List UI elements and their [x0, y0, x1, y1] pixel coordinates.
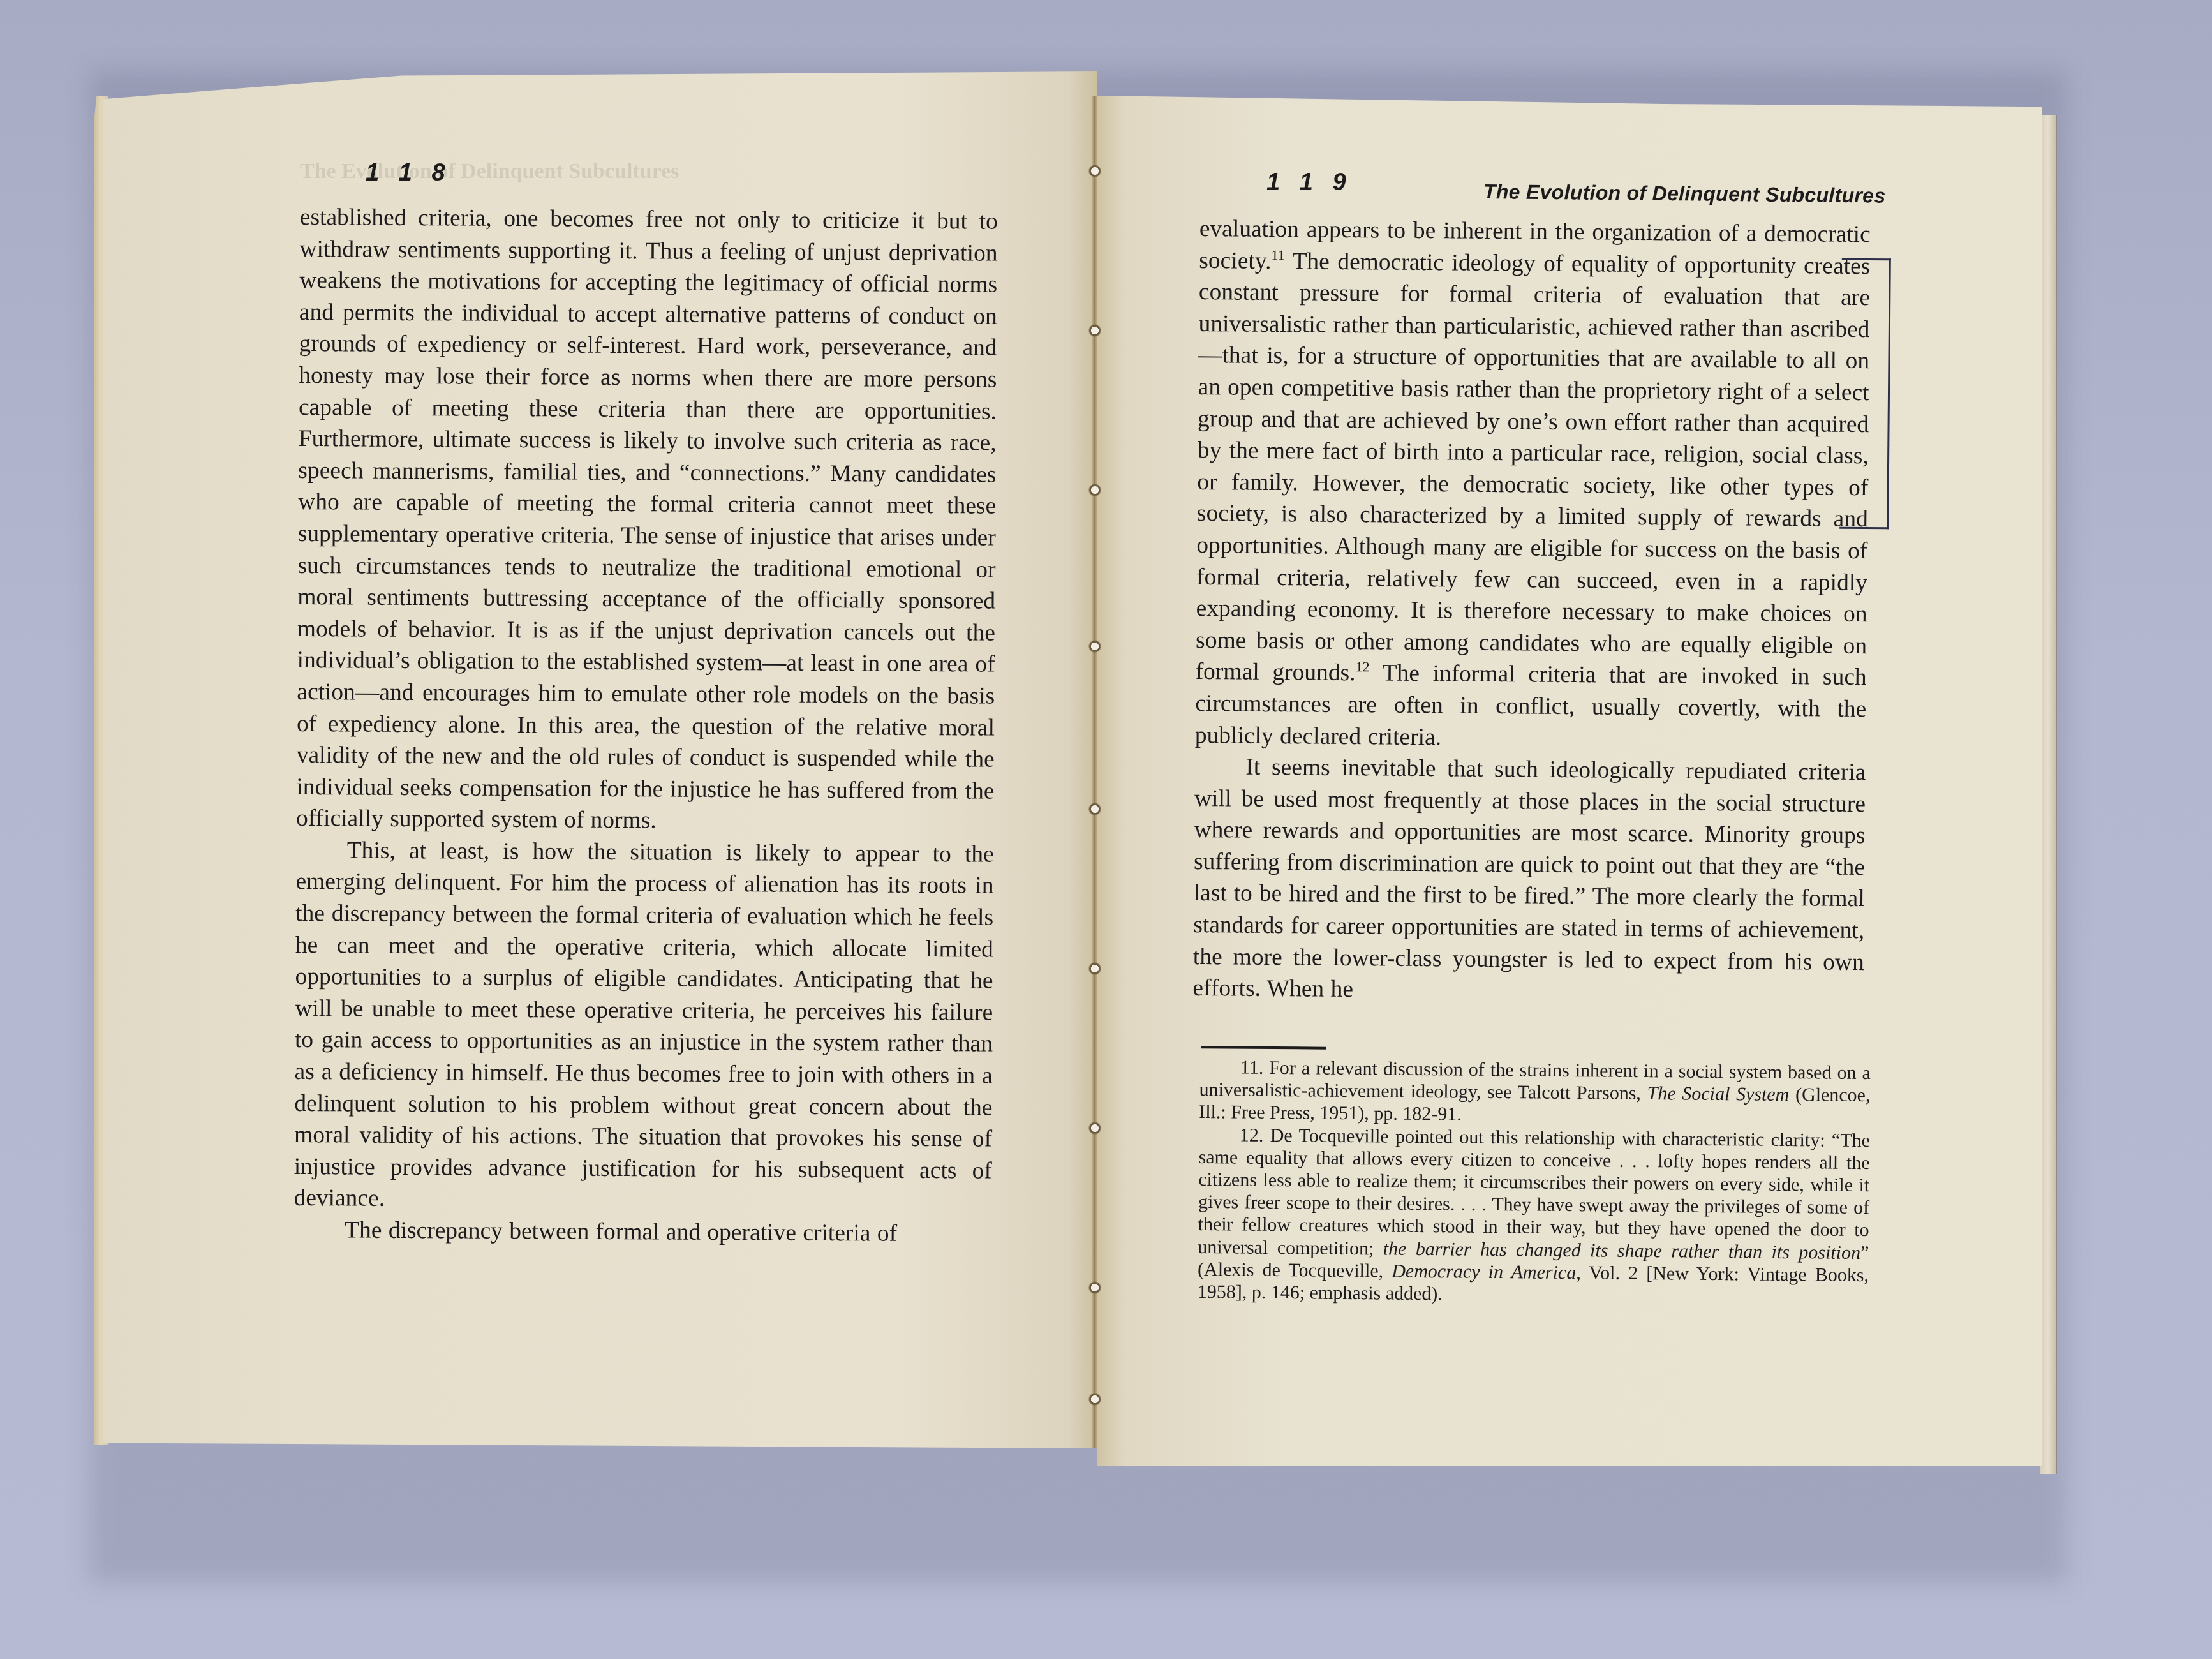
right-page-stack-edge [2040, 115, 2057, 1474]
binding-stitch-icon [1088, 163, 1102, 179]
binding-stitch-icon [1088, 960, 1102, 977]
binding-stitch-icon [1088, 638, 1102, 655]
footnotes: 11. For a relevant discussion of the str… [1198, 1056, 1871, 1309]
footnote-11: 11. For a relevant discussion of the str… [1199, 1056, 1871, 1129]
left-page-number: 1 1 8 [366, 160, 452, 187]
running-head-title: The Evolution of Delinquent Subcultures [1483, 180, 1886, 208]
show-through-text: The Evolution of Delinquent Subcultures [300, 160, 679, 184]
pencil-margin-bracket [1839, 258, 1891, 530]
footnote-reference: 12 [1356, 658, 1370, 674]
left-page-body: established criteria, one becomes free n… [293, 202, 998, 1250]
footnote-reference: 11 [1271, 247, 1284, 263]
right-page-body: evaluation appears to be inherent in the… [1192, 213, 1871, 1010]
paragraph: The discrepancy between formal and opera… [293, 1214, 991, 1250]
right-page-number: 1 1 9 [1266, 169, 1353, 197]
paragraph: It seems inevitable that such ideologica… [1192, 751, 1866, 1010]
paragraph: established criteria, one becomes free n… [296, 202, 998, 839]
footnote-12: 12. De Tocqueville pointed out this rela… [1198, 1124, 1870, 1309]
book-gutter [1092, 96, 1097, 1448]
binding-stitch-icon [1088, 322, 1102, 339]
paragraph: This, at least, is how the situation is … [293, 835, 994, 1219]
paragraph: evaluation appears to be inherent in the… [1195, 213, 1871, 757]
binding-stitch-icon [1088, 801, 1102, 817]
binding-stitch-icon [1088, 1120, 1102, 1136]
binding-stitch-icon [1088, 1279, 1102, 1296]
binding-stitch-icon [1088, 482, 1102, 498]
binding-stitch-icon [1088, 1391, 1102, 1408]
